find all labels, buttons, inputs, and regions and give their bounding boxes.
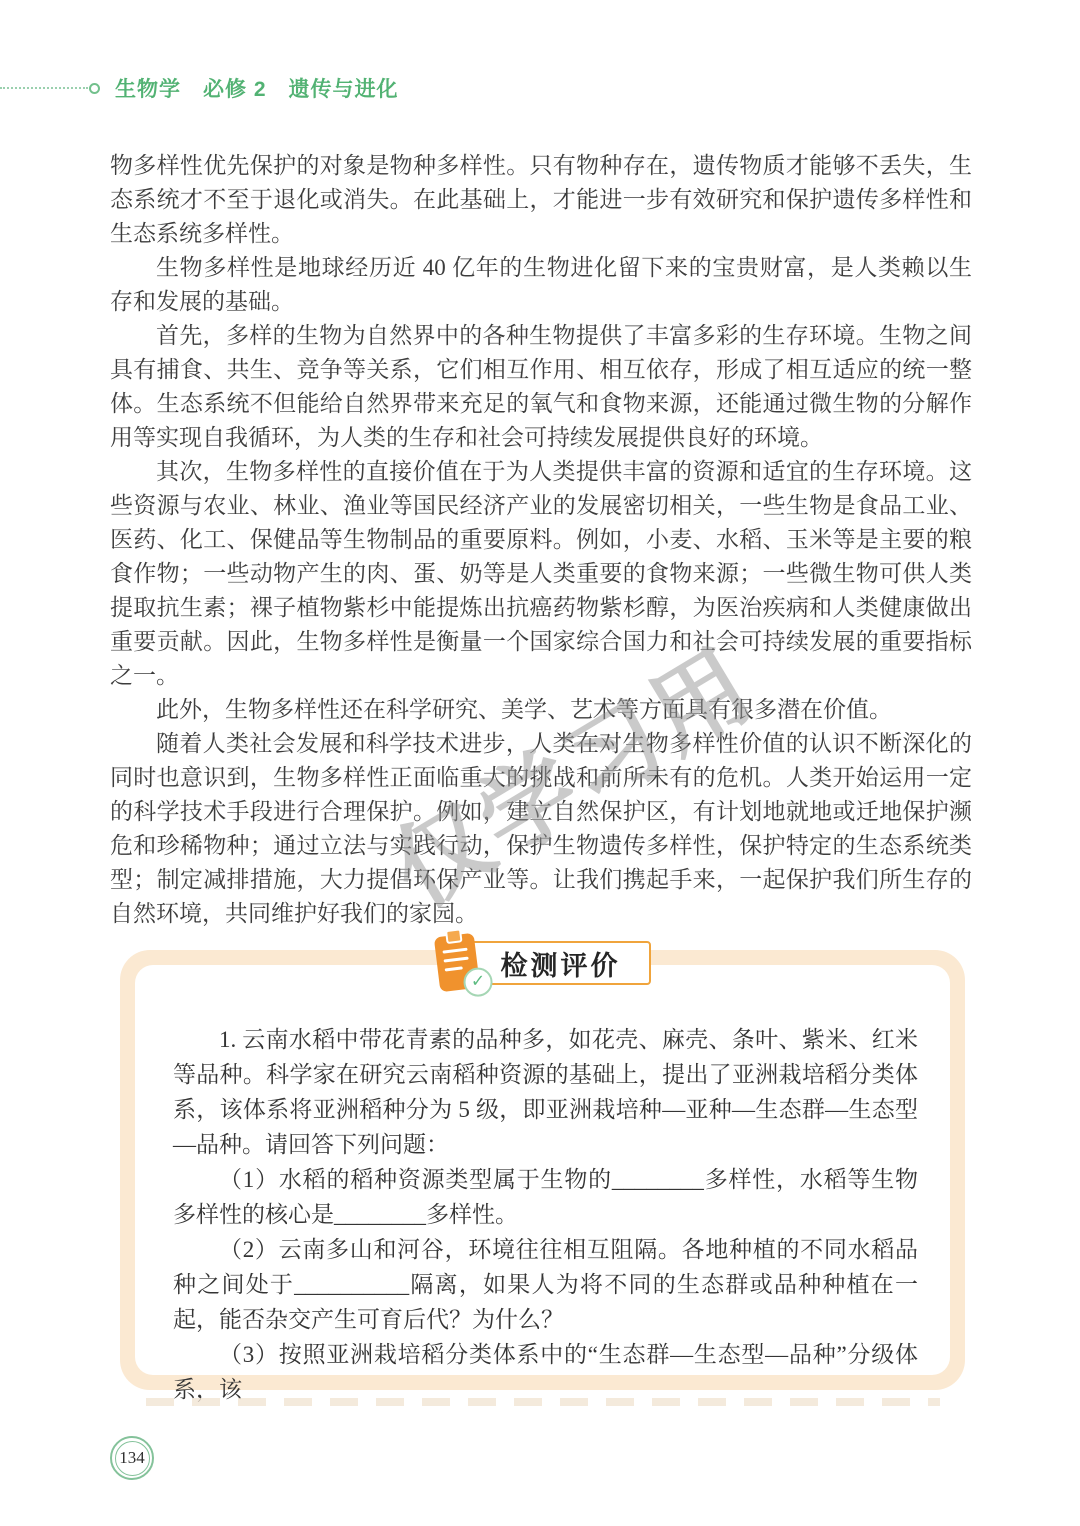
question-3: （3）按照亚洲栽培稻分类体系中的“生态群—生态型—品种”分级体系，该 bbox=[173, 1337, 918, 1407]
header-course-title: 生物学 必修 2 遗传与进化 bbox=[115, 73, 399, 103]
assessment-badge: ✓ 检测评价 bbox=[463, 941, 651, 985]
paragraph: 其次，生物多样性的直接价值在于为人类提供丰富的资源和适宜的生存环境。这些资源与农… bbox=[110, 455, 972, 693]
page-header: 生物学 必修 2 遗传与进化 bbox=[0, 76, 399, 100]
body-text-block: 物多样性优先保护的对象是物种多样性。只有物种存在，遗传物质才能够不丢失，生态系统… bbox=[110, 149, 972, 931]
textbook-page: 生物学 必修 2 遗传与进化 物多样性优先保护的对象是物种多样性。只有物种存在，… bbox=[0, 0, 1080, 1526]
paragraph: 此外，生物多样性还在科学研究、美学、艺术等方面具有很多潜在价值。 bbox=[110, 693, 972, 727]
question-stem: 1. 云南水稻中带花青素的品种多，如花壳、麻壳、条叶、紫米、红米等品种。科学家在… bbox=[173, 1022, 918, 1162]
paragraph-continuation: 物多样性优先保护的对象是物种多样性。只有物种存在，遗传物质才能够不丢失，生态系统… bbox=[110, 149, 972, 251]
question-1: （1）水稻的稻种资源类型属于生物的________多样性，水稻等生物多样性的核心… bbox=[173, 1162, 918, 1232]
paragraph: 生物多样性是地球经历近 40 亿年的生物进化留下来的宝贵财富，是人类赖以生存和发… bbox=[110, 251, 972, 319]
page-number-badge: 134 bbox=[110, 1436, 154, 1480]
page-number: 134 bbox=[119, 1448, 145, 1468]
paragraph: 随着人类社会发展和科学技术进步，人类在对生物多样性价值的认识不断深化的同时也意识… bbox=[110, 727, 972, 931]
assessment-box: ✓ 检测评价 1. 云南水稻中带花青素的品种多，如花壳、麻壳、条叶、紫米、红米等… bbox=[120, 950, 965, 1390]
assessment-questions: 1. 云南水稻中带花青素的品种多，如花壳、麻壳、条叶、紫米、红米等品种。科学家在… bbox=[135, 965, 950, 1407]
assessment-inner-panel: ✓ 检测评价 1. 云南水稻中带花青素的品种多，如花壳、麻壳、条叶、紫米、红米等… bbox=[135, 965, 950, 1375]
question-2: （2）云南多山和河谷，环境往往相互阻隔。各地种植的不同水稻品种之间处于_____… bbox=[173, 1232, 918, 1337]
assessment-title: 检测评价 bbox=[501, 944, 621, 983]
page-bleed-dashes bbox=[146, 1398, 940, 1406]
header-bullet-icon bbox=[89, 83, 100, 94]
clipboard-clip-icon bbox=[444, 928, 462, 944]
paragraph: 首先，多样的生物为自然界中的各种生物提供了丰富多彩的生存环境。生物之间具有捕食、… bbox=[110, 319, 972, 455]
clipboard-icon: ✓ bbox=[433, 933, 479, 992]
header-dotted-line bbox=[0, 87, 88, 89]
check-icon: ✓ bbox=[463, 968, 492, 997]
